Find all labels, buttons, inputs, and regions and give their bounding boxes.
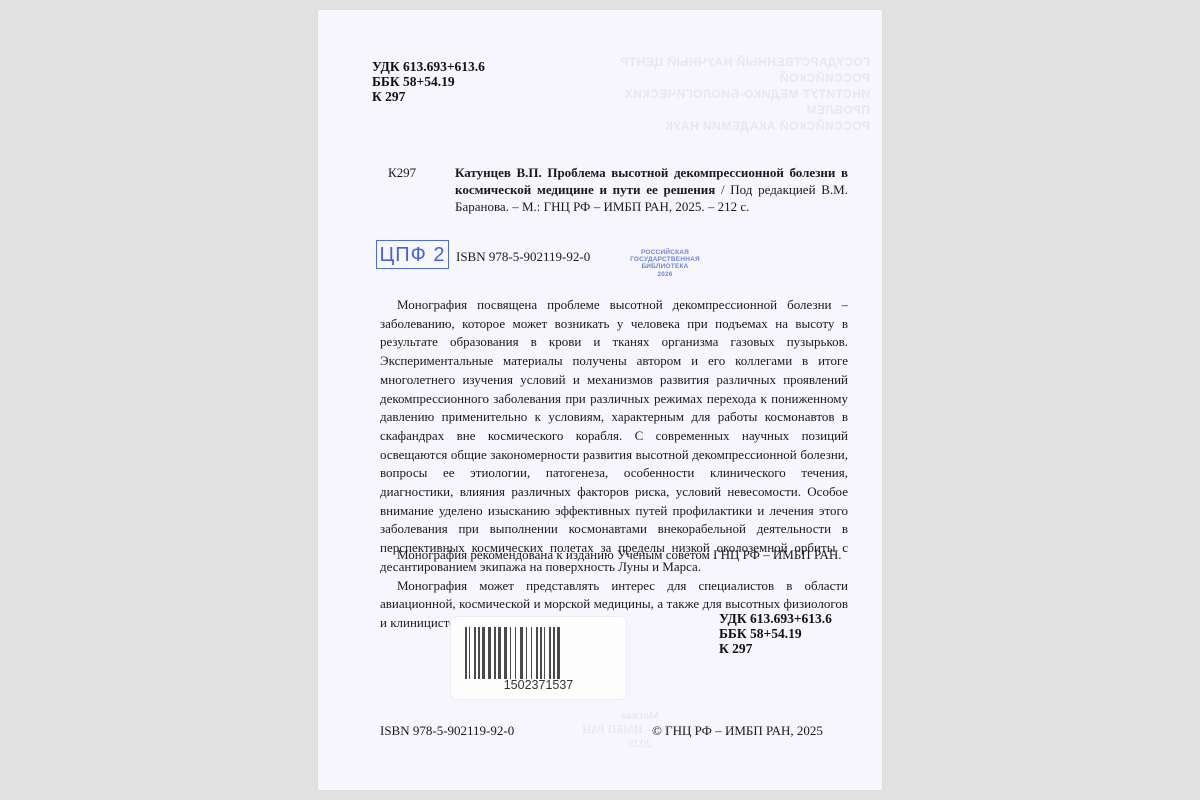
barcode-icon	[465, 627, 612, 679]
bleed-line: ИНСТИТУТ МЕДИКО-БИОЛОГИЧЕСКИХ ПРОБЛЕМ	[560, 86, 870, 118]
library-stamp-line: 2026	[622, 271, 708, 278]
abstract: Монография посвящена проблеме высотной д…	[380, 296, 848, 633]
bleed-line: Москва	[560, 708, 720, 722]
cpf-stamp: ЦПФ 2	[376, 240, 449, 269]
isbn-top: ISBN 978-5-902119-92-0	[456, 249, 590, 265]
bleed-through-text-top: ГОСУДАРСТВЕННЫЙ НАУЧНЫЙ ЦЕНТР РОССИЙСКОЙ…	[560, 54, 870, 134]
barcode-sticker: 1502371537	[451, 617, 626, 699]
catalog-description: Катунцев В.П. Проблема высотной декомпре…	[455, 164, 848, 215]
library-stamp: РОССИЙСКАЯ ГОСУДАРСТВЕННАЯ БИБЛИОТЕКА 20…	[622, 249, 708, 278]
udk-code: УДК 613.693+613.6	[719, 611, 832, 626]
recommendation-note: Монография рекомендована к изданию Учены…	[397, 547, 842, 563]
copyright-notice: © ГНЦ РФ – ИМБП РАН, 2025	[652, 723, 823, 739]
library-stamp-line: РОССИЙСКАЯ	[622, 249, 708, 256]
catalog-code: К297	[388, 164, 416, 181]
isbn-bottom: ISBN 978-5-902119-92-0	[380, 723, 514, 739]
classification-block-bottom: УДК 613.693+613.6 ББК 58+54.19 К 297	[719, 611, 832, 656]
abstract-paragraph: Монография посвящена проблеме высотной д…	[380, 296, 848, 577]
library-stamp-line: БИБЛИОТЕКА	[622, 263, 708, 270]
author-mark: К 297	[372, 89, 485, 104]
barcode-number: 1502371537	[451, 678, 626, 692]
bbk-code: ББК 58+54.19	[719, 626, 832, 641]
classification-block-top: УДК 613.693+613.6 ББК 58+54.19 К 297	[372, 59, 485, 104]
library-stamp-line: ГОСУДАРСТВЕННАЯ	[622, 256, 708, 263]
catalog-entry: К297 Катунцев В.П. Проблема высотной дек…	[388, 164, 848, 215]
bleed-line: ГОСУДАРСТВЕННЫЙ НАУЧНЫЙ ЦЕНТР РОССИЙСКОЙ	[560, 54, 870, 86]
author-mark: К 297	[719, 641, 832, 656]
bbk-code: ББК 58+54.19	[372, 74, 485, 89]
bleed-line: РОССИЙСКОЙ АКАДЕМИИ НАУК	[560, 118, 870, 134]
udk-code: УДК 613.693+613.6	[372, 59, 485, 74]
